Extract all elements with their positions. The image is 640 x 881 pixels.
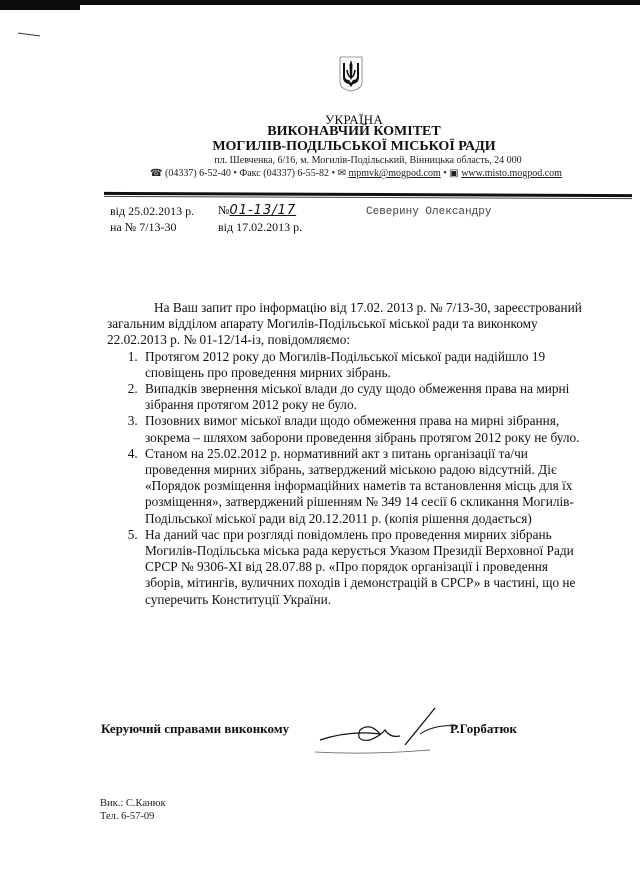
executor-name: Вик.: С.Канюк	[100, 797, 166, 810]
list-item: Станом на 25.02.2012 р. нормативний акт …	[141, 446, 585, 527]
email-icon: ✉	[338, 168, 346, 179]
reply-reference-number: на № 7/13-30	[110, 220, 177, 235]
phone-number: (04337) 6-52-40	[165, 168, 231, 179]
scan-mark	[18, 33, 40, 37]
list-item: Протягом 2012 року до Могилів-Подільсько…	[141, 349, 585, 381]
email-link[interactable]: mpmvk@mogpod.com	[348, 168, 440, 179]
outgoing-number: №01-13/17	[218, 203, 296, 218]
separator-dot: •	[233, 168, 237, 179]
letter-body: На Ваш запит про інформацію від 17.02. 2…	[107, 300, 585, 608]
fax-label: Факс	[239, 168, 260, 179]
letterhead-org-line1: ВИКОНАВЧИЙ КОМІТЕТ	[34, 124, 640, 140]
letterhead-contacts: ☎ (04337) 6-52-40 • Факс (04337) 6-55-82…	[36, 168, 640, 179]
scan-edge-corner	[0, 0, 80, 10]
separator-dot: •	[332, 168, 336, 179]
signatory-name: Р.Горбатюк	[450, 721, 517, 737]
intro-paragraph: На Ваш запит про інформацію від 17.02. 2…	[107, 300, 585, 349]
list-item: Випадків звернення міської влади до суду…	[141, 381, 585, 413]
trident-coat-of-arms-icon	[339, 56, 363, 92]
list-item: На даний час при розгляді повідомлень пр…	[141, 527, 585, 608]
website-link[interactable]: www.misto.mogpod.com	[461, 168, 562, 179]
list-item: Позовних вимог міської влади щодо обмеже…	[141, 413, 585, 445]
outgoing-date: від 25.02.2013 р.	[110, 204, 194, 219]
numbered-list: Протягом 2012 року до Могилів-Подільсько…	[107, 349, 585, 608]
fax-number: (04337) 6-55-82	[263, 168, 329, 179]
web-icon: ▣	[449, 168, 458, 179]
letterhead-org-line2: МОГИЛІВ-ПОДІЛЬСЬКОЇ МІСЬКОЇ РАДИ	[34, 139, 640, 155]
letterhead-address: пл. Шевченка, 6/16, м. Могилів-Подільськ…	[48, 155, 640, 166]
separator-dot: •	[443, 168, 447, 179]
signatory-position: Керуючий справами виконкому	[101, 721, 289, 737]
recipient: Северину Олександру	[366, 206, 491, 218]
handwritten-signature	[310, 700, 460, 755]
executor-info: Вик.: С.Канюк Тел. 6-57-09	[100, 797, 166, 823]
scan-edge	[0, 0, 640, 5]
reply-reference-date: від 17.02.2013 р.	[218, 220, 302, 235]
handwritten-number: 01-13/17	[229, 203, 296, 218]
phone-icon: ☎	[150, 168, 162, 179]
executor-phone: Тел. 6-57-09	[100, 810, 166, 823]
